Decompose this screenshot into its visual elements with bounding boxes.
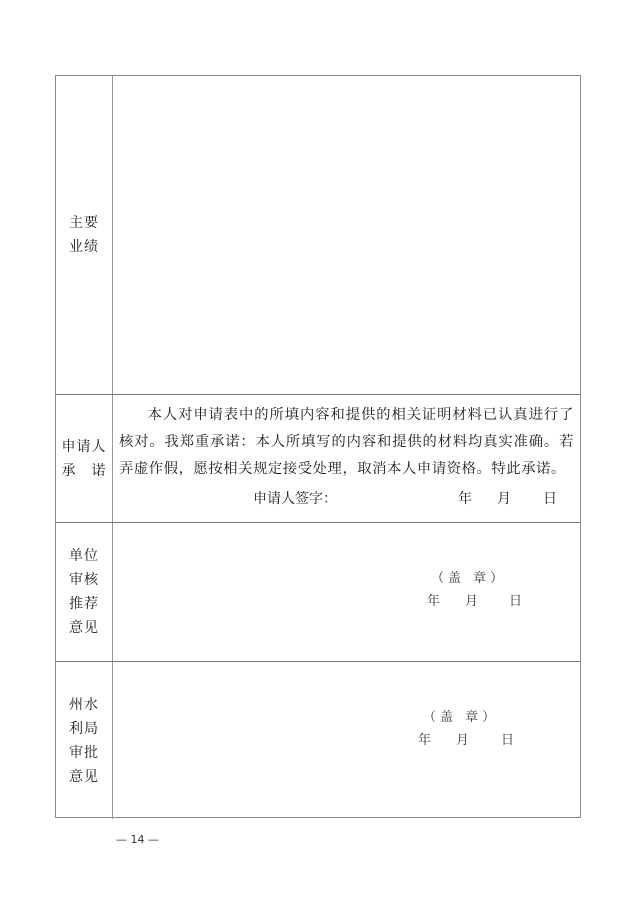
applicant-pledge-cell: 本人对申请表中的所填内容和提供的相关证明材料已认真进行了核对。我郑重承诺：本人所…	[113, 395, 580, 522]
application-form-table: 主要 业绩 申请人 承 诺 本人对申请表中的所填内容和提供的相关证明材料已认真进…	[55, 75, 581, 818]
unit-year-label: 年	[427, 590, 440, 609]
label-cell-main-achievements: 主要 业绩	[56, 76, 113, 394]
unit-day-label: 日	[509, 590, 522, 609]
bureau-seal-label: （盖 章）	[423, 706, 499, 725]
label-unit-review: 单位 审核 推荐 意见	[69, 544, 99, 640]
label-main-achievements: 主要 业绩	[69, 211, 99, 259]
pledge-year-label: 年	[458, 488, 472, 508]
main-achievements-field[interactable]	[113, 76, 580, 394]
bureau-month-label: 月	[456, 729, 469, 748]
bureau-year-label: 年	[418, 729, 431, 748]
label-applicant-pledge: 申请人 承 诺	[62, 435, 107, 483]
row-water-bureau-approval: 州水 利局 审批 意见 （盖 章） 年 月 日	[56, 662, 580, 819]
label-cell-unit-review: 单位 审核 推荐 意见	[56, 523, 113, 661]
row-applicant-pledge: 申请人 承 诺 本人对申请表中的所填内容和提供的相关证明材料已认真进行了核对。我…	[56, 395, 580, 523]
pledge-month-label: 月	[497, 488, 511, 508]
unit-seal-label: （盖 章）	[431, 567, 507, 586]
row-unit-review: 单位 审核 推荐 意见 （盖 章） 年 月 日	[56, 523, 580, 662]
water-bureau-approval-field[interactable]: （盖 章） 年 月 日	[113, 662, 580, 819]
bureau-day-label: 日	[501, 729, 514, 748]
unit-review-field[interactable]: （盖 章） 年 月 日	[113, 523, 580, 661]
label-cell-water-bureau-approval: 州水 利局 审批 意见	[56, 662, 113, 819]
page-number: — 14 —	[116, 833, 159, 846]
signature-label: 申请人签字：	[253, 488, 337, 508]
label-water-bureau-approval: 州水 利局 审批 意见	[69, 693, 99, 789]
row-main-achievements: 主要 业绩	[56, 76, 580, 395]
document-page: 主要 业绩 申请人 承 诺 本人对申请表中的所填内容和提供的相关证明材料已认真进…	[0, 0, 636, 900]
unit-month-label: 月	[465, 590, 478, 609]
label-cell-applicant-pledge: 申请人 承 诺	[56, 395, 113, 522]
pledge-day-label: 日	[543, 488, 557, 508]
pledge-statement: 本人对申请表中的所填内容和提供的相关证明材料已认真进行了核对。我郑重承诺：本人所…	[119, 402, 574, 483]
